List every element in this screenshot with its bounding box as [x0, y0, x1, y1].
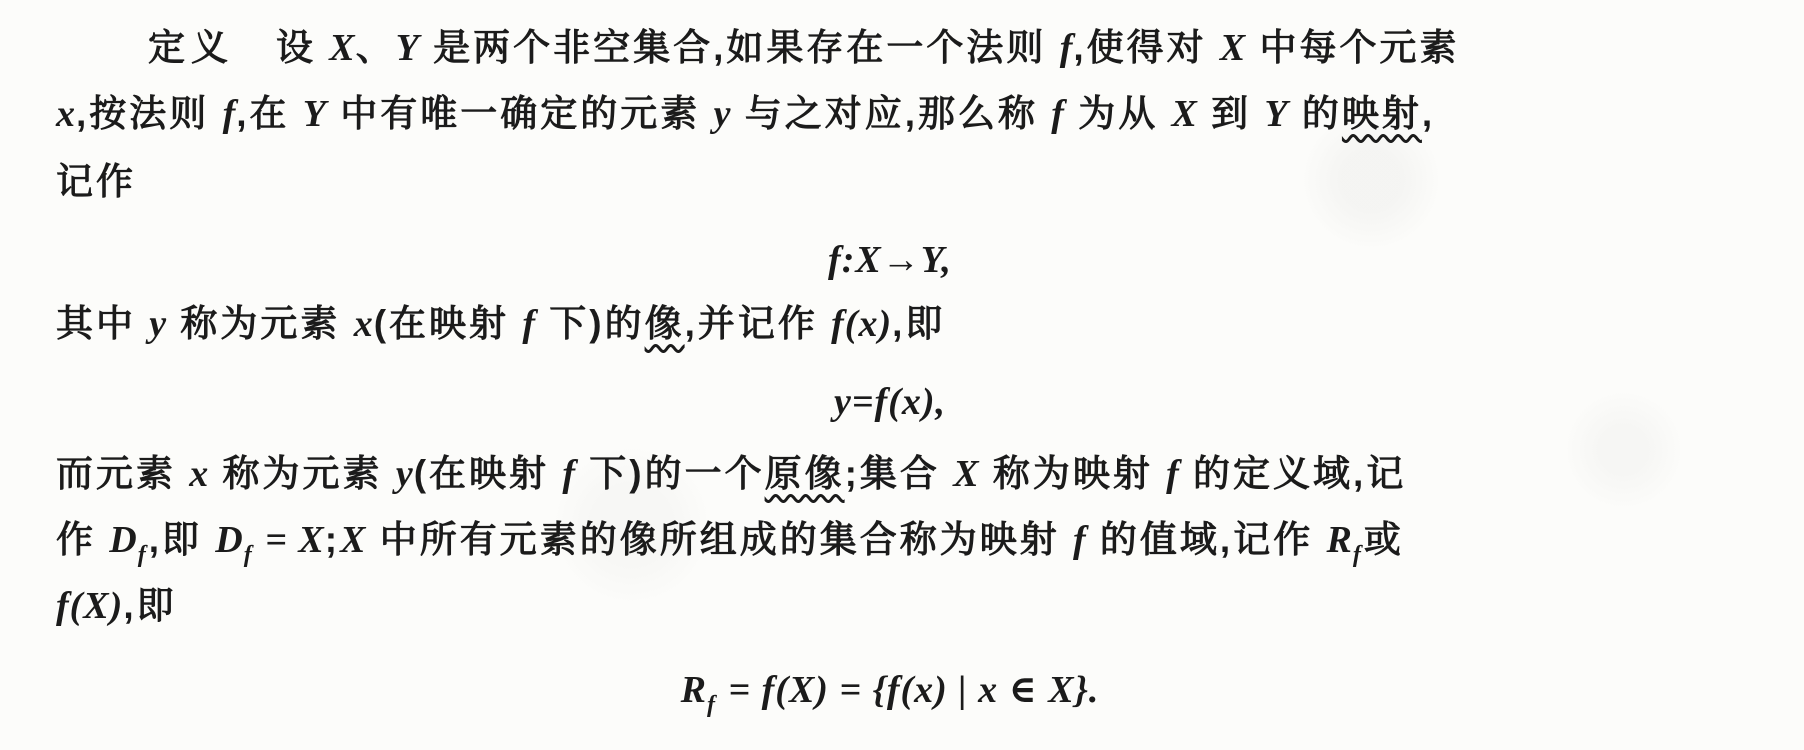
text-run: 的定义域,记 [1180, 453, 1407, 494]
term-image: 像 [645, 303, 685, 344]
text-run: 下)的一个 [576, 453, 765, 494]
text-run: 作 [56, 519, 109, 560]
text-run: ,使得对 [1073, 27, 1220, 68]
text-run: 到 [1198, 93, 1265, 134]
text-run: 的 [1289, 93, 1342, 134]
math-var: f [522, 303, 536, 345]
text-run: (在映射 [414, 453, 563, 494]
text-run: 中每个元素 [1246, 27, 1459, 68]
math-sub: f [707, 692, 715, 718]
text-run: 记作 [56, 161, 136, 202]
math-var: x [189, 453, 209, 495]
math-expression: = X [255, 519, 325, 561]
math-var: D [215, 519, 243, 561]
definition-line-7: 而元素 x 称为元素 y(在映射 f 下)的一个原像;集合 X 称为映射 f 的… [56, 448, 1406, 508]
formula-y-equals-f-x: y=f(x), [0, 380, 1780, 424]
math-var: f [1166, 453, 1180, 495]
text-run: 称为映射 [980, 453, 1167, 494]
text-run: 中有唯一确定的元素 [327, 93, 714, 134]
math-var: X [953, 453, 979, 495]
textbook-page: 定义设 X、Y 是两个非空集合,如果存在一个法则 f,使得对 X 中每个元素 x… [0, 0, 1804, 750]
definition-line-1: 定义设 X、Y 是两个非空集合,如果存在一个法则 f,使得对 X 中每个元素 [148, 22, 1460, 82]
text-run: ,即 [123, 585, 176, 626]
text-run: , [1422, 93, 1435, 134]
text-run: 为从 [1065, 93, 1172, 134]
text-run: 称为元素 [209, 453, 396, 494]
math-sub: f [138, 542, 146, 568]
math-var: Y [303, 93, 327, 135]
math-var: R [681, 669, 707, 711]
text-run: 、 [356, 27, 396, 68]
text-run: ,即 [892, 303, 945, 344]
formula-range-of-f: Rf = f(X) = {f(x) | x ∈ X}. [0, 666, 1780, 719]
math-var: X [340, 519, 366, 561]
math-expression: f(x) [831, 303, 892, 345]
text-run: 或 [1364, 519, 1404, 560]
definition-line-5: 其中 y 称为元素 x(在映射 f 下)的像,并记作 f(x),即 [56, 298, 945, 358]
term-preimage: 原像 [765, 453, 845, 494]
math-var: y [149, 303, 167, 345]
math-var: D [109, 519, 137, 561]
text-run: 中所有元素的像所组成的集合称为映射 [366, 519, 1073, 560]
text-run: 是两个非空集合,如果存在一个法则 [420, 27, 1060, 68]
math-var: x [354, 303, 374, 345]
definition-line-2: x,按法则 f,在 Y 中有唯一确定的元素 y 与之对应,那么称 f 为从 X … [56, 88, 1435, 148]
math-expression: = f(X) = {f(x) | x ∈ X}. [718, 669, 1099, 711]
text-run: 其中 [56, 303, 149, 344]
text-run: ,即 [149, 519, 216, 560]
text-run: 与之对应,那么称 [731, 93, 1051, 134]
math-var: X [329, 27, 355, 69]
definition-line-8: 作 Df,即 Df = X;X 中所有元素的像所组成的集合称为映射 f 的值域,… [56, 514, 1404, 581]
text-run: ,按法则 [76, 93, 223, 134]
term-mapping: 映射 [1342, 93, 1422, 134]
definition-line-3: 记作 [56, 156, 136, 216]
math-var: f [562, 453, 576, 495]
math-expression: f(X) [56, 585, 123, 627]
text-run: 下)的 [536, 303, 645, 344]
text-run: ,在 [236, 93, 303, 134]
math-var: Y [1264, 93, 1288, 135]
math-expression: f:X→Y, [828, 239, 952, 281]
math-var: f [223, 93, 237, 135]
text-run: 的值域,记作 [1087, 519, 1327, 560]
text-run: (在映射 [374, 303, 523, 344]
text-run: 称为元素 [167, 303, 354, 344]
text-run: 而元素 [56, 453, 189, 494]
math-var: y [714, 93, 732, 135]
math-var: x [56, 93, 76, 135]
math-var: Y [396, 27, 420, 69]
math-sub: f [244, 542, 252, 568]
definition-line-9: f(X),即 [56, 580, 177, 640]
math-var: R [1327, 519, 1353, 561]
definition-heading: 定义 [148, 27, 234, 68]
text-run: ; [325, 519, 340, 560]
math-var: f [1060, 27, 1074, 69]
math-var: f [1073, 519, 1087, 561]
text-run: ,并记作 [685, 303, 832, 344]
math-expression: y=f(x), [834, 381, 946, 423]
text-run: ;集合 [845, 453, 954, 494]
math-var: y [396, 453, 414, 495]
math-var: X [1220, 27, 1246, 69]
math-var: f [1051, 93, 1065, 135]
math-sub: f [1353, 542, 1361, 568]
formula-f-maps-x-to-y: f:X→Y, [0, 238, 1780, 282]
text-run: 设 [276, 27, 329, 68]
math-var: X [1172, 93, 1198, 135]
